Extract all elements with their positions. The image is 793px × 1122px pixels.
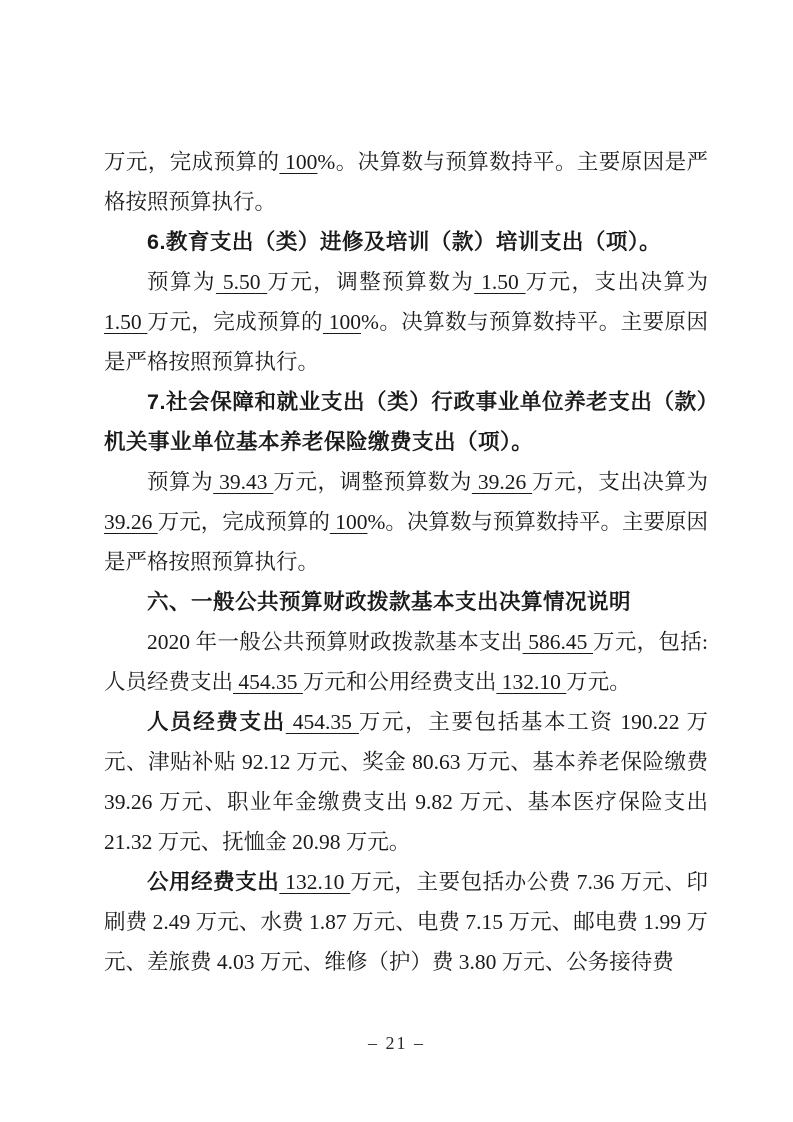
underlined-value: 454.35 [286,710,359,734]
paragraph-public-expenses: 公用经费支出 132.10 万元，主要包括办公费 7.36 万元、印刷费 2.4… [104,862,708,982]
bold-lead-label: 公用经费支出 [147,870,279,894]
text-run: 万元，完成预算的 [104,150,279,174]
underlined-value: 100 [330,510,368,534]
underlined-value: 1.50 [104,310,147,334]
document-page: 万元，完成预算的 100%。决算数与预算数持平。主要原因是严格按照预算执行。 6… [0,0,793,1122]
paragraph-budget-completion-continued: 万元，完成预算的 100%。决算数与预算数持平。主要原因是严格按照预算执行。 [104,142,708,222]
heading-item-6-education-training: 6.教育支出（类）进修及培训（款）培训支出（项）。 [104,222,708,262]
text-run: 预算为 [147,270,216,294]
underlined-value: 39.26 [472,470,532,494]
paragraph-2020-basic-expenditure-summary: 2020 年一般公共预算财政拨款基本支出 586.45 万元，包括:人员经费支出… [104,622,708,702]
paragraph-item-6-detail: 预算为 5.50 万元，调整预算数为 1.50 万元，支出决算为 1.50 万元… [104,262,708,382]
text-run: 万元，完成预算的 [147,310,323,334]
text-run: 万元和公用经费支出 [303,670,497,694]
document-body: 万元，完成预算的 100%。决算数与预算数持平。主要原因是严格按照预算执行。 6… [104,142,708,982]
underlined-value: 1.50 [474,270,525,294]
underlined-value: 132.10 [496,670,566,694]
underlined-value: 132.10 [279,870,350,894]
underlined-value: 39.26 [104,510,158,534]
text-run: 万元，支出决算为 [526,270,708,294]
text-run: 万元，完成预算的 [158,510,330,534]
text-run: 万元。 [566,670,631,694]
underlined-value: 454.35 [233,670,303,694]
underlined-value: 39.43 [213,470,273,494]
underlined-value: 586.45 [523,630,593,654]
text-run: 万元，调整预算数为 [273,470,471,494]
heading-item-7-social-security-pension: 7.社会保障和就业支出（类）行政事业单位养老支出（款）机关事业单位基本养老保险缴… [104,382,708,462]
text-run: 万元，支出决算为 [532,470,708,494]
text-run: 2020 年一般公共预算财政拨款基本支出 [147,630,523,654]
underlined-value: 100 [279,150,317,174]
text-run: 万元，调整预算数为 [267,270,474,294]
underlined-value: 100 [323,310,361,334]
page-number: – 21 – [0,1033,793,1054]
bold-lead-label: 人员经费支出 [147,710,286,734]
heading-section-6-basic-expenditure-notes: 六、一般公共预算财政拨款基本支出决算情况说明 [104,582,708,622]
text-run: 预算为 [147,470,213,494]
underlined-value: 5.50 [216,270,267,294]
paragraph-personnel-expenses: 人员经费支出 454.35 万元，主要包括基本工资 190.22 万元、津贴补贴… [104,702,708,862]
paragraph-item-7-detail: 预算为 39.43 万元，调整预算数为 39.26 万元，支出决算为 39.26… [104,462,708,582]
